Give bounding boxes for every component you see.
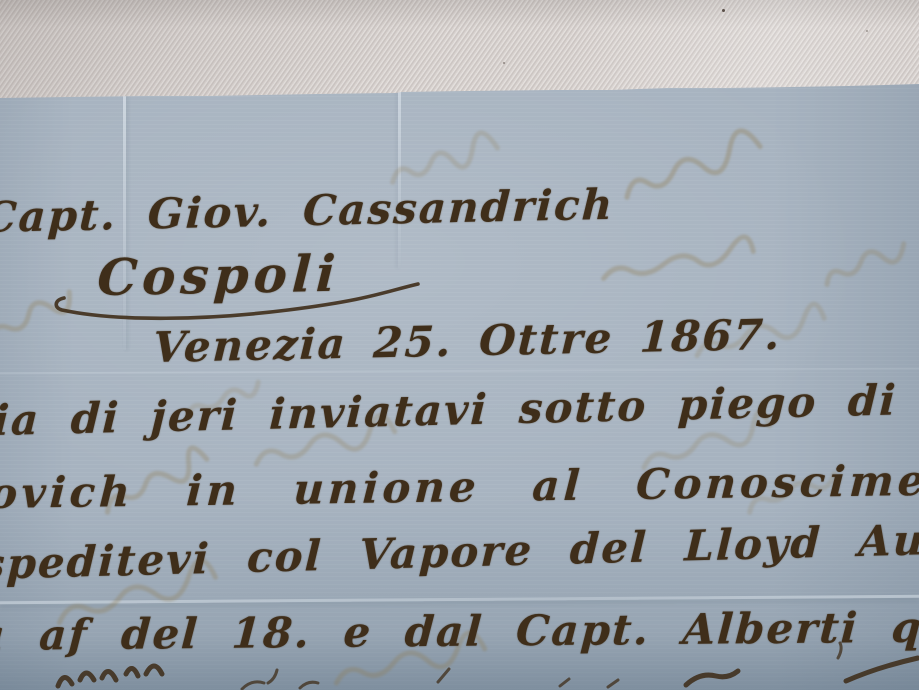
ink-bleedthrough-mark	[616, 132, 770, 208]
destination-line: Cospoli	[96, 244, 342, 307]
dust-speck	[503, 62, 505, 64]
photo-of-handwritten-letter: Capt. Giov. Cassandrich Cospoli Venezia …	[0, 0, 919, 690]
date-line: Venezia 25. Ottre 1867.	[152, 310, 783, 372]
ink-bleedthrough-mark	[816, 233, 916, 294]
ink-bleedthrough-mark	[0, 281, 83, 353]
horizontal-fold-crease	[0, 368, 919, 375]
dust-speck	[722, 9, 725, 12]
body-line-3: speditevi col Vapore del Lloyd Aust	[0, 514, 919, 589]
letter-paper: Capt. Giov. Cassandrich Cospoli Venezia …	[0, 0, 919, 690]
body-line-4: a af del 18. e dal Capt. Alberti qui	[0, 602, 919, 660]
ink-bleedthrough-mark	[597, 235, 760, 289]
dust-speck	[866, 30, 868, 32]
recipient-line: Capt. Giov. Cassandrich	[0, 180, 615, 242]
